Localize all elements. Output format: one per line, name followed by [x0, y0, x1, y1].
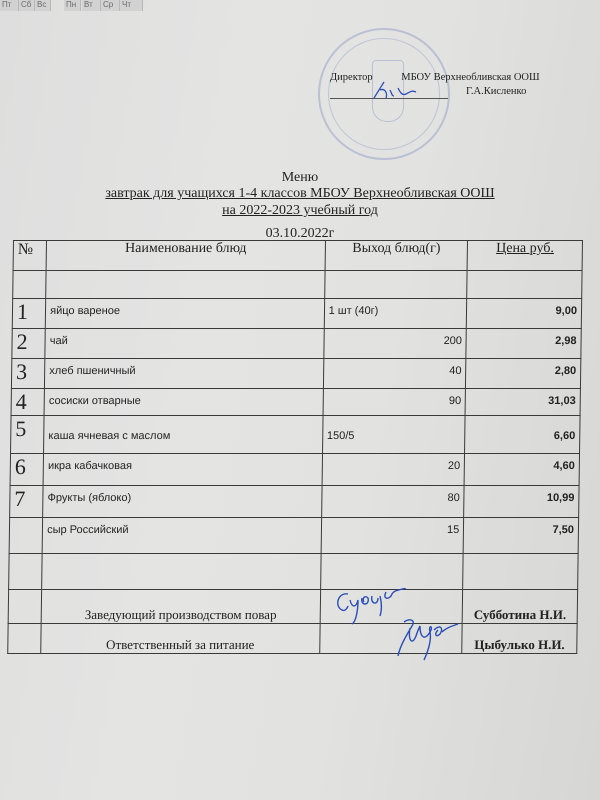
director-organization: МБОУ Верхнеобливская ООШ	[401, 72, 539, 83]
row-number: 3	[11, 359, 45, 389]
empty-cell	[8, 624, 42, 654]
row-number: 1	[12, 299, 46, 329]
dish-output: 150/5	[322, 416, 465, 454]
empty-cell	[42, 554, 321, 590]
calendar-day: Пт	[0, 0, 19, 11]
empty-cell	[324, 271, 467, 299]
column-header-number: №	[13, 241, 47, 271]
column-header-price: Цена руб.	[467, 241, 582, 271]
row-number: 6	[10, 454, 44, 486]
signature-row: Заведующий производством повар Субботина…	[8, 590, 577, 624]
dish-output: 200	[323, 329, 466, 359]
dish-price: 4,60	[464, 454, 579, 486]
dish-name: чай	[45, 329, 324, 359]
dish-price: 6,60	[465, 416, 580, 454]
director-signature-icon	[370, 78, 420, 102]
dish-name: Фрукты (яблоко)	[43, 486, 322, 518]
director-name: Г.А.Кисленко	[466, 86, 526, 97]
document-year: на 2022-2023 учебный год	[0, 203, 600, 219]
responsible-signature-icon	[390, 616, 470, 664]
dish-price: 7,50	[463, 518, 578, 554]
dish-name: икра кабачковая	[43, 454, 322, 486]
column-header-dish: Наименование блюд	[46, 241, 325, 271]
empty-cell	[9, 554, 43, 590]
signature-row: Ответственный за питание Цыбулько Н.И.	[8, 624, 577, 654]
dish-name: яйцо вареное	[45, 299, 324, 329]
signatory-name: Субботина Н.И.	[463, 590, 578, 624]
dish-price: 2,80	[466, 359, 581, 389]
calendar-day: Сб	[19, 0, 35, 11]
dish-price: 2,98	[466, 329, 581, 359]
row-number	[9, 518, 43, 554]
empty-cell	[320, 554, 463, 590]
empty-cell	[46, 271, 325, 299]
table-row: 4сосиски отварные9031,03	[11, 389, 580, 416]
table-row: сыр Российский157,50	[9, 518, 579, 554]
table-row: 1яйцо вареное1 шт (40г)9,00	[12, 299, 581, 329]
signature-label: Ответственный за питание	[41, 624, 320, 654]
row-number: 4	[11, 389, 45, 416]
dish-output: 40	[323, 359, 466, 389]
dish-price: 9,00	[467, 299, 582, 329]
empty-cell	[463, 554, 578, 590]
director-position: Директор	[330, 72, 373, 83]
approval-line: Директор МБОУ Верхнеобливская ООШ	[330, 72, 540, 83]
subtitle-text: завтрак для учащихся 1-4 классов МБОУ Ве…	[105, 186, 494, 201]
calendar-day: Вт	[82, 0, 101, 11]
row-number: 5	[11, 416, 45, 454]
dish-output: 90	[323, 389, 466, 416]
dish-name: сыр Российский	[42, 518, 321, 554]
menu-rows: 1яйцо вареное1 шт (40г)9,002чай2002,983х…	[9, 299, 582, 554]
calendar-day: Чт	[120, 0, 143, 11]
document-subtitle: завтрак для учащихся 1-4 классов МБОУ Ве…	[0, 186, 600, 202]
table-header-row: № Наименование блюд Выход блюд(г) Цена р…	[13, 241, 582, 271]
dish-price: 10,99	[464, 486, 579, 518]
dish-price: 31,03	[465, 389, 580, 416]
document-title: Меню	[0, 170, 600, 186]
dish-name: каша ячневая с маслом	[44, 416, 323, 454]
table-row: 5каша ячневая с маслом150/56,60	[11, 416, 581, 454]
dish-output: 20	[322, 454, 465, 486]
calendar-strip: Пт Сб Вс Пн Вт Ср Чт	[0, 0, 600, 12]
signatory-name: Цыбулько Н.И.	[462, 624, 577, 654]
table-row: 6икра кабачковая204,60	[10, 454, 579, 486]
calendar-day: Вс	[35, 0, 51, 11]
row-number: 2	[12, 329, 46, 359]
dish-name: сосиски отварные	[44, 389, 323, 416]
table-row: 7Фрукты (яблоко)8010,99	[10, 486, 579, 518]
empty-cell	[8, 590, 42, 624]
calendar-day: Ср	[101, 0, 120, 11]
dish-name: хлеб пшеничный	[45, 359, 324, 389]
calendar-day: Пн	[64, 0, 81, 11]
dish-output: 80	[321, 486, 464, 518]
table-row: 3хлеб пшеничный402,80	[11, 359, 580, 389]
row-number: 7	[10, 486, 44, 518]
empty-row	[9, 554, 579, 590]
empty-cell	[467, 271, 582, 299]
year-text: на 2022-2023 учебный год	[222, 203, 378, 218]
signature-label: Заведующий производством повар	[41, 590, 320, 624]
menu-table: № Наименование блюд Выход блюд(г) Цена р…	[7, 240, 583, 654]
dish-output: 1 шт (40г)	[324, 299, 467, 329]
dish-output: 15	[321, 518, 464, 554]
table-row: 2чай2002,98	[12, 329, 581, 359]
empty-row	[13, 271, 582, 299]
column-header-output: Выход блюд(г)	[325, 241, 468, 271]
empty-cell	[13, 271, 47, 299]
